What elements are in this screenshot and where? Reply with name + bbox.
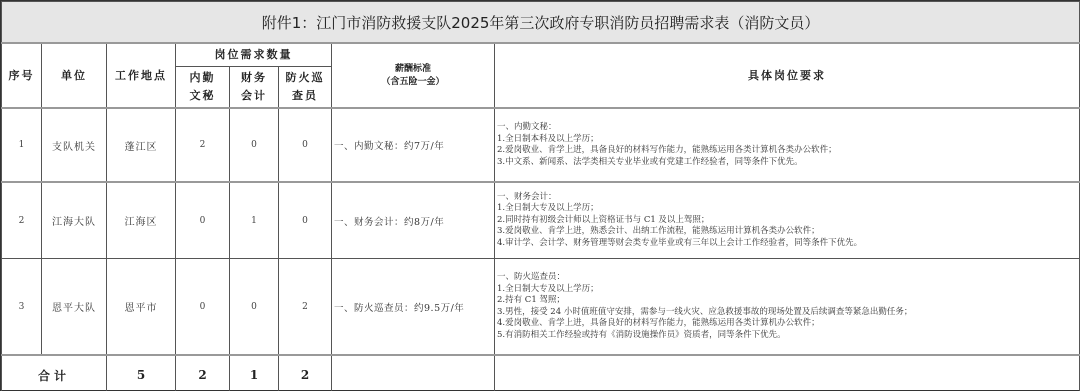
header-salary: 薪酬标准 （含五险一金） xyxy=(332,43,495,108)
requirement-line: 一、内勤文秘： xyxy=(497,122,1079,134)
requirement-line: 2.爱岗敬业、肯学上进，具备良好的材料写作能力，能熟练运用各类计算机各类办公软件… xyxy=(497,145,1079,157)
requirement-line: 3.爱岗敬业、肯学上进，熟悉会计、出纳工作流程，能熟练运用计算机各类办公软件； xyxy=(497,226,1079,238)
total-count-inspector: 2 xyxy=(279,355,332,391)
header-demand-inspector: 防火巡 查员 xyxy=(279,67,332,109)
requirement-line: 1.全日制本科及以上学历； xyxy=(497,134,1079,146)
total-count-accountant: 1 xyxy=(230,355,279,391)
table-row: 2 江海大队 江海区 0 1 0 一、财务会计：约8万/年 一、财务会计： 1.… xyxy=(2,182,1080,259)
table-title: 附件1：江门市消防救援支队2025年第三次政府专职消防员招聘需求表（消防文员） xyxy=(2,2,1080,44)
header-salary-line1: 薪酬标准 xyxy=(332,63,494,76)
row-count-clerk: 0 xyxy=(176,182,230,259)
total-label: 合计 xyxy=(2,355,107,391)
row-count-clerk: 2 xyxy=(176,108,230,182)
header-seq: 序号 xyxy=(2,43,42,108)
requirement-line: 1.全日制大专及以上学历； xyxy=(497,203,1079,215)
row-count-inspector: 0 xyxy=(279,182,332,259)
total-salary-empty xyxy=(332,355,495,391)
requirement-line: 一、财务会计： xyxy=(497,192,1079,204)
row-count-inspector: 2 xyxy=(279,259,332,356)
requirement-line: 2.同时持有初级会计师以上资格证书与 C1 及以上驾照； xyxy=(497,215,1079,227)
requirement-line: 4.爱岗敬业、肯学上进，具备良好的材料写作能力，能熟练运用各类计算机办公软件； xyxy=(497,318,1079,330)
requirement-line: 5.有消防相关工作经验或持有《消防设施操作员》资质者，同等条件下优先。 xyxy=(497,330,1079,342)
total-count-clerk: 2 xyxy=(176,355,230,391)
row-location: 江海区 xyxy=(107,182,176,259)
header-unit: 单位 xyxy=(42,43,107,108)
requirement-line: 1.全日制大专及以上学历； xyxy=(497,284,1079,296)
row-seq: 3 xyxy=(2,259,42,356)
requirement-line: 4.审计学、会计学、财务管理等财会类专业毕业或有三年以上会计工作经验者，同等条件… xyxy=(497,238,1079,250)
table-row: 1 支队机关 蓬江区 2 0 0 一、内勤文秘：约7万/年 一、内勤文秘： 1.… xyxy=(2,108,1080,182)
row-salary: 一、内勤文秘：约7万/年 xyxy=(332,108,495,182)
header-demand-accountant-line2: 会计 xyxy=(230,87,278,105)
recruitment-table-sheet: 附件1：江门市消防救援支队2025年第三次政府专职消防员招聘需求表（消防文员） … xyxy=(0,0,1080,391)
requirement-line: 一、防火巡查员： xyxy=(497,272,1079,284)
header-demand-accountant-line1: 财务 xyxy=(230,69,278,87)
title-row: 附件1：江门市消防救援支队2025年第三次政府专职消防员招聘需求表（消防文员） xyxy=(2,2,1080,44)
table-row: 3 恩平大队 恩平市 0 0 2 一、防火巡查员：约9.5万/年 一、防火巡查员… xyxy=(2,259,1080,356)
row-seq: 1 xyxy=(2,108,42,182)
row-unit: 恩平大队 xyxy=(42,259,107,356)
header-demand-group: 岗位需求数量 xyxy=(176,43,332,67)
row-seq: 2 xyxy=(2,182,42,259)
row-unit: 支队机关 xyxy=(42,108,107,182)
row-count-accountant: 0 xyxy=(230,108,279,182)
row-count-clerk: 0 xyxy=(176,259,230,356)
total-sum: 5 xyxy=(107,355,176,391)
header-requirements: 具体岗位要求 xyxy=(495,43,1080,108)
row-count-accountant: 0 xyxy=(230,259,279,356)
row-location: 蓬江区 xyxy=(107,108,176,182)
row-requirements: 一、财务会计： 1.全日制大专及以上学历； 2.同时持有初级会计师以上资格证书与… xyxy=(495,182,1080,259)
row-count-inspector: 0 xyxy=(279,108,332,182)
row-requirements: 一、内勤文秘： 1.全日制本科及以上学历； 2.爱岗敬业、肯学上进，具备良好的材… xyxy=(495,108,1080,182)
header-demand-inspector-line2: 查员 xyxy=(279,87,331,105)
requirement-line: 2.持有 C1 驾照； xyxy=(497,295,1079,307)
row-location: 恩平市 xyxy=(107,259,176,356)
header-demand-clerk-line1: 内勤 xyxy=(176,69,229,87)
requirement-line: 3.男性，接受 24 小时值班值守安排，需参与一线火灾、应急救援事故的现场处置及… xyxy=(497,307,1079,319)
header-location: 工作地点 xyxy=(107,43,176,108)
header-row-top: 序号 单位 工作地点 岗位需求数量 薪酬标准 （含五险一金） 具体岗位要求 xyxy=(2,43,1080,67)
row-salary: 一、防火巡查员：约9.5万/年 xyxy=(332,259,495,356)
row-count-accountant: 1 xyxy=(230,182,279,259)
header-demand-accountant: 财务 会计 xyxy=(230,67,279,109)
recruitment-demand-table: 附件1：江门市消防救援支队2025年第三次政府专职消防员招聘需求表（消防文员） … xyxy=(1,1,1080,391)
row-unit: 江海大队 xyxy=(42,182,107,259)
header-demand-clerk: 内勤 文秘 xyxy=(176,67,230,109)
row-requirements: 一、防火巡查员： 1.全日制大专及以上学历； 2.持有 C1 驾照； 3.男性，… xyxy=(495,259,1080,356)
total-requirements-empty xyxy=(495,355,1080,391)
total-row: 合计 5 2 1 2 xyxy=(2,355,1080,391)
header-demand-inspector-line1: 防火巡 xyxy=(279,69,331,87)
row-salary: 一、财务会计：约8万/年 xyxy=(332,182,495,259)
header-salary-line2: （含五险一金） xyxy=(332,76,494,89)
header-demand-clerk-line2: 文秘 xyxy=(176,87,229,105)
requirement-line: 3.中文系、新闻系、法学类相关专业毕业或有党建工作经验者，同等条件下优先。 xyxy=(497,157,1079,169)
